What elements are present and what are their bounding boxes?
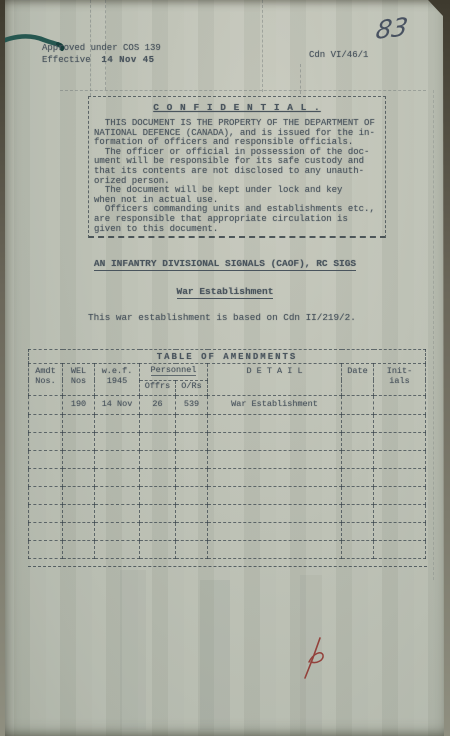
col-header-personnel: Personnel	[140, 364, 208, 381]
document-page: 83 Approved under COS 139 Effective 14 N…	[0, 0, 450, 736]
amendment-row: 19014 Nov26539War Establishment	[29, 396, 426, 415]
amendment-cell	[140, 523, 176, 541]
col-header-amdt: Amdt Nos.	[29, 364, 63, 396]
effective-label: Effective	[42, 55, 91, 65]
amendment-cell	[374, 396, 426, 415]
amendment-cell	[208, 469, 342, 487]
amendment-cell	[140, 451, 176, 469]
red-pencil-mark	[296, 634, 336, 682]
amendment-row	[29, 433, 426, 451]
document-subtitle: War Establishment	[0, 286, 450, 297]
col-header-ors: O/Rs	[176, 380, 208, 395]
amendment-cell	[63, 451, 95, 469]
confidential-paragraph: THIS DOCUMENT IS THE PROPERTY OF THE DEP…	[94, 119, 382, 148]
amendment-cell	[95, 487, 140, 505]
amendment-cell	[176, 523, 208, 541]
confidential-paragraph: The document will be kept under lock and…	[94, 186, 382, 205]
confidential-paragraph: Officers commanding units and establishm…	[94, 205, 382, 234]
fold-line	[262, 0, 263, 92]
confidential-paragraph: The officer or official in possession of…	[94, 148, 382, 186]
basis-note: This war establishment is based on Cdn I…	[88, 312, 356, 323]
effective-line: Effective 14 Nov 45	[42, 55, 161, 67]
amendment-cell	[95, 451, 140, 469]
amendment-cell	[29, 433, 63, 451]
amendment-cell: 190	[63, 396, 95, 415]
amendment-cell	[342, 523, 374, 541]
amendment-cell	[63, 469, 95, 487]
amendment-cell	[208, 415, 342, 433]
scan-streak	[120, 570, 146, 730]
amendment-cell: 14 Nov	[95, 396, 140, 415]
amendment-cell	[63, 487, 95, 505]
amendment-row	[29, 469, 426, 487]
amendment-cell	[342, 451, 374, 469]
amendment-cell	[176, 505, 208, 523]
amendment-cell	[176, 487, 208, 505]
amendment-cell: War Establishment	[208, 396, 342, 415]
amendment-cell	[342, 396, 374, 415]
amendment-cell	[374, 433, 426, 451]
amendment-cell	[374, 469, 426, 487]
amendment-cell	[95, 541, 140, 559]
col-header-initials: Init- ials	[374, 364, 426, 396]
approval-line: Approved under COS 139	[42, 43, 161, 55]
amendment-cell	[208, 523, 342, 541]
amendment-cell	[29, 505, 63, 523]
table-header-row: Amdt Nos. WEL Nos w.e.f. 1945 Personnel …	[29, 364, 426, 381]
amendment-cell	[176, 451, 208, 469]
amendment-row	[29, 415, 426, 433]
amendment-cell	[208, 541, 342, 559]
amendment-cell	[63, 433, 95, 451]
handwritten-page-number: 83	[374, 12, 410, 45]
amendment-cell	[208, 433, 342, 451]
amendment-row	[29, 487, 426, 505]
fold-line	[60, 90, 426, 91]
amendment-cell	[29, 487, 63, 505]
amendment-cell	[63, 523, 95, 541]
amendment-cell	[95, 523, 140, 541]
table-title-row: TABLE OF AMENDMENTS	[29, 350, 426, 364]
amendment-cell	[208, 451, 342, 469]
amendment-cell	[29, 396, 63, 415]
amendment-cell	[63, 541, 95, 559]
amendment-cell	[176, 541, 208, 559]
amendment-cell	[176, 433, 208, 451]
amendment-cell	[342, 415, 374, 433]
amendment-cell	[140, 433, 176, 451]
amendment-cell	[29, 451, 63, 469]
amendment-cell	[29, 541, 63, 559]
approval-block: Approved under COS 139 Effective 14 Nov …	[42, 43, 161, 66]
amendment-cell	[176, 469, 208, 487]
amendment-cell	[140, 469, 176, 487]
col-header-wel: WEL Nos	[63, 364, 95, 396]
amendment-cell	[63, 505, 95, 523]
col-header-offrs: Offrs	[140, 380, 176, 395]
amendment-cell	[342, 541, 374, 559]
amendment-cell: 26	[140, 396, 176, 415]
amendment-cell	[374, 451, 426, 469]
page-edge-line	[433, 90, 434, 580]
amendment-cell	[208, 505, 342, 523]
amendment-cell	[342, 469, 374, 487]
amendment-row	[29, 505, 426, 523]
amendment-cell	[95, 469, 140, 487]
col-header-date: Date	[342, 364, 374, 396]
amendment-cell	[95, 505, 140, 523]
amendment-cell	[374, 523, 426, 541]
effective-date: 14 Nov 45	[101, 55, 154, 65]
amendment-cell	[374, 505, 426, 523]
fold-line	[300, 64, 301, 94]
amendment-cell: 539	[176, 396, 208, 415]
document-title: AN INFANTRY DIVISIONAL SIGNALS (CAOF), R…	[0, 258, 450, 269]
amendment-cell	[29, 523, 63, 541]
amendment-cell	[140, 487, 176, 505]
amendment-cell	[140, 415, 176, 433]
amendment-cell	[140, 505, 176, 523]
amendment-cell	[342, 505, 374, 523]
amendment-cell	[63, 415, 95, 433]
amendment-cell	[29, 415, 63, 433]
amendment-cell	[374, 487, 426, 505]
table-of-amendments: TABLE OF AMENDMENTS Amdt Nos. WEL Nos w.…	[28, 349, 425, 559]
amendment-cell	[95, 433, 140, 451]
col-header-wef: w.e.f. 1945	[95, 364, 140, 396]
table-title: TABLE OF AMENDMENTS	[29, 350, 426, 364]
amendment-cell	[374, 541, 426, 559]
col-header-detail: D E T A I L	[208, 364, 342, 396]
amendment-row	[29, 541, 426, 559]
amendment-cell	[95, 415, 140, 433]
confidential-heading: C O N F I D E N T I A L .	[89, 102, 385, 113]
amendment-row	[29, 451, 426, 469]
amendments-body: 19014 Nov26539War Establishment	[29, 396, 426, 559]
reference-number: Cdn VI/46/1	[309, 50, 368, 60]
amendment-cell	[342, 433, 374, 451]
confidential-notice-box: C O N F I D E N T I A L . THIS DOCUMENT …	[88, 96, 386, 238]
amendment-cell	[29, 469, 63, 487]
scan-streak	[200, 580, 230, 730]
amendment-cell	[208, 487, 342, 505]
amendment-cell	[374, 415, 426, 433]
amendment-cell	[342, 487, 374, 505]
amendment-row	[29, 523, 426, 541]
amendment-cell	[176, 415, 208, 433]
amendment-cell	[140, 541, 176, 559]
table-bottom-rule	[28, 566, 427, 567]
